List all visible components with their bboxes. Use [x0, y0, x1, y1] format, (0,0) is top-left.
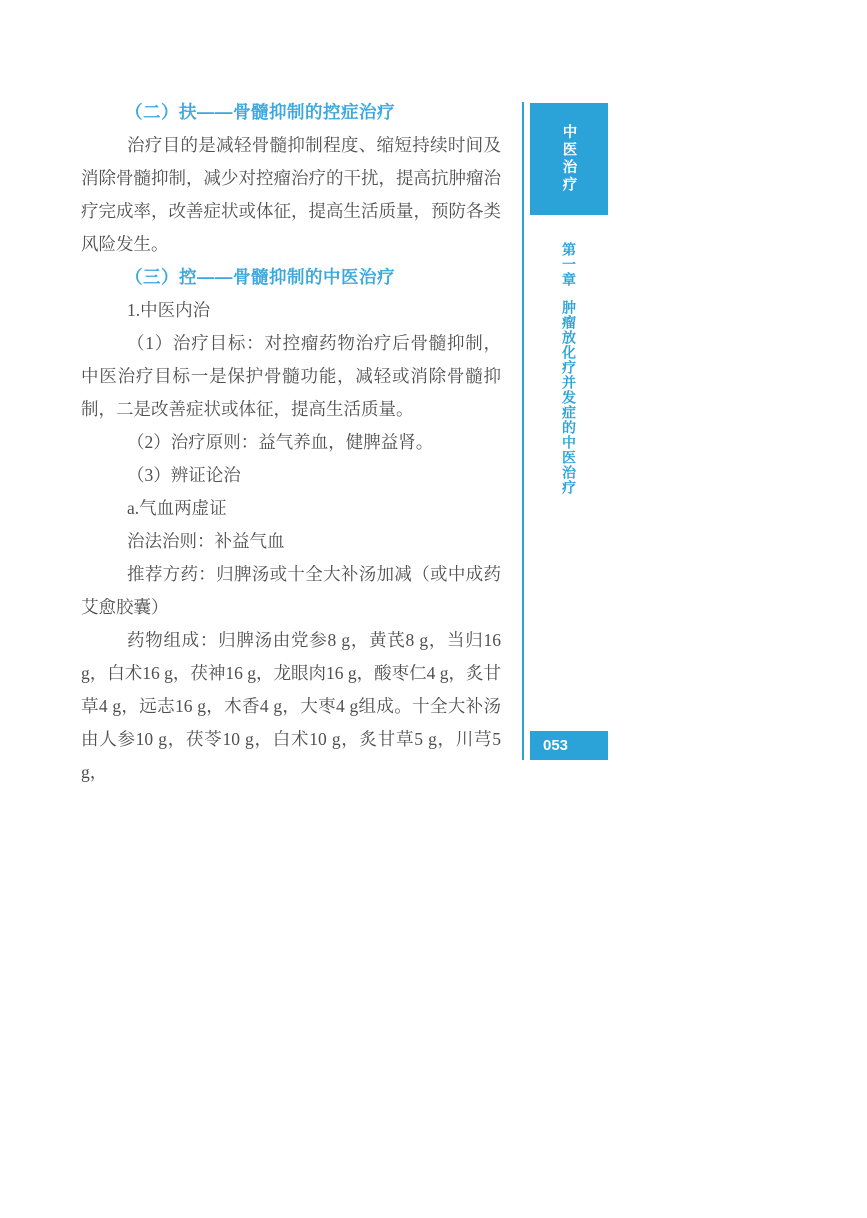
paragraph: 1.中医内治: [81, 294, 501, 327]
chapter-number: 第一章: [559, 242, 579, 287]
paragraph: （3）辨证论治: [81, 459, 501, 492]
paragraph: （2）治疗原则：益气养血，健脾益肾。: [81, 426, 501, 459]
sidebar-divider-line: [522, 102, 524, 760]
section-heading: （三）控——骨髓抑制的中医治疗: [81, 261, 501, 294]
paragraph: （1）治疗目标：对控瘤药物治疗后骨髓抑制，中医治疗目标一是保护骨髓功能，减轻或消…: [81, 327, 501, 426]
paragraph: 推荐方药：归脾汤或十全大补汤加减（或中成药艾愈胶囊）: [81, 558, 501, 624]
paragraph: a.气血两虚证: [81, 492, 501, 525]
text-column: （二）扶——骨髓抑制的控症治疗治疗目的是减轻骨髓抑制程度、缩短持续时间及消除骨髓…: [81, 96, 501, 789]
chapter-title: 肿瘤放化疗并发症的中医治疗: [559, 300, 579, 495]
sidebar-section-tab: 中医治疗: [530, 103, 608, 215]
paragraph: 药物组成：归脾汤由党参8 g，黄芪8 g，当归16 g，白术16 g，茯神16 …: [81, 624, 501, 789]
sidebar-tab-label: 中医治疗: [559, 124, 580, 194]
section-heading: （二）扶——骨髓抑制的控症治疗: [81, 96, 501, 129]
chapter-label: 第一章 肿瘤放化疗并发症的中医治疗: [530, 242, 608, 495]
book-page: { "page": { "background": "#ffffff", "ac…: [0, 0, 867, 1218]
paragraph: 治法治则：补益气血: [81, 525, 501, 558]
paragraph: 治疗目的是减轻骨髓抑制程度、缩短持续时间及消除骨髓抑制，减少对控瘤治疗的干扰，提…: [81, 129, 501, 261]
page-number-badge: 053: [530, 731, 608, 760]
